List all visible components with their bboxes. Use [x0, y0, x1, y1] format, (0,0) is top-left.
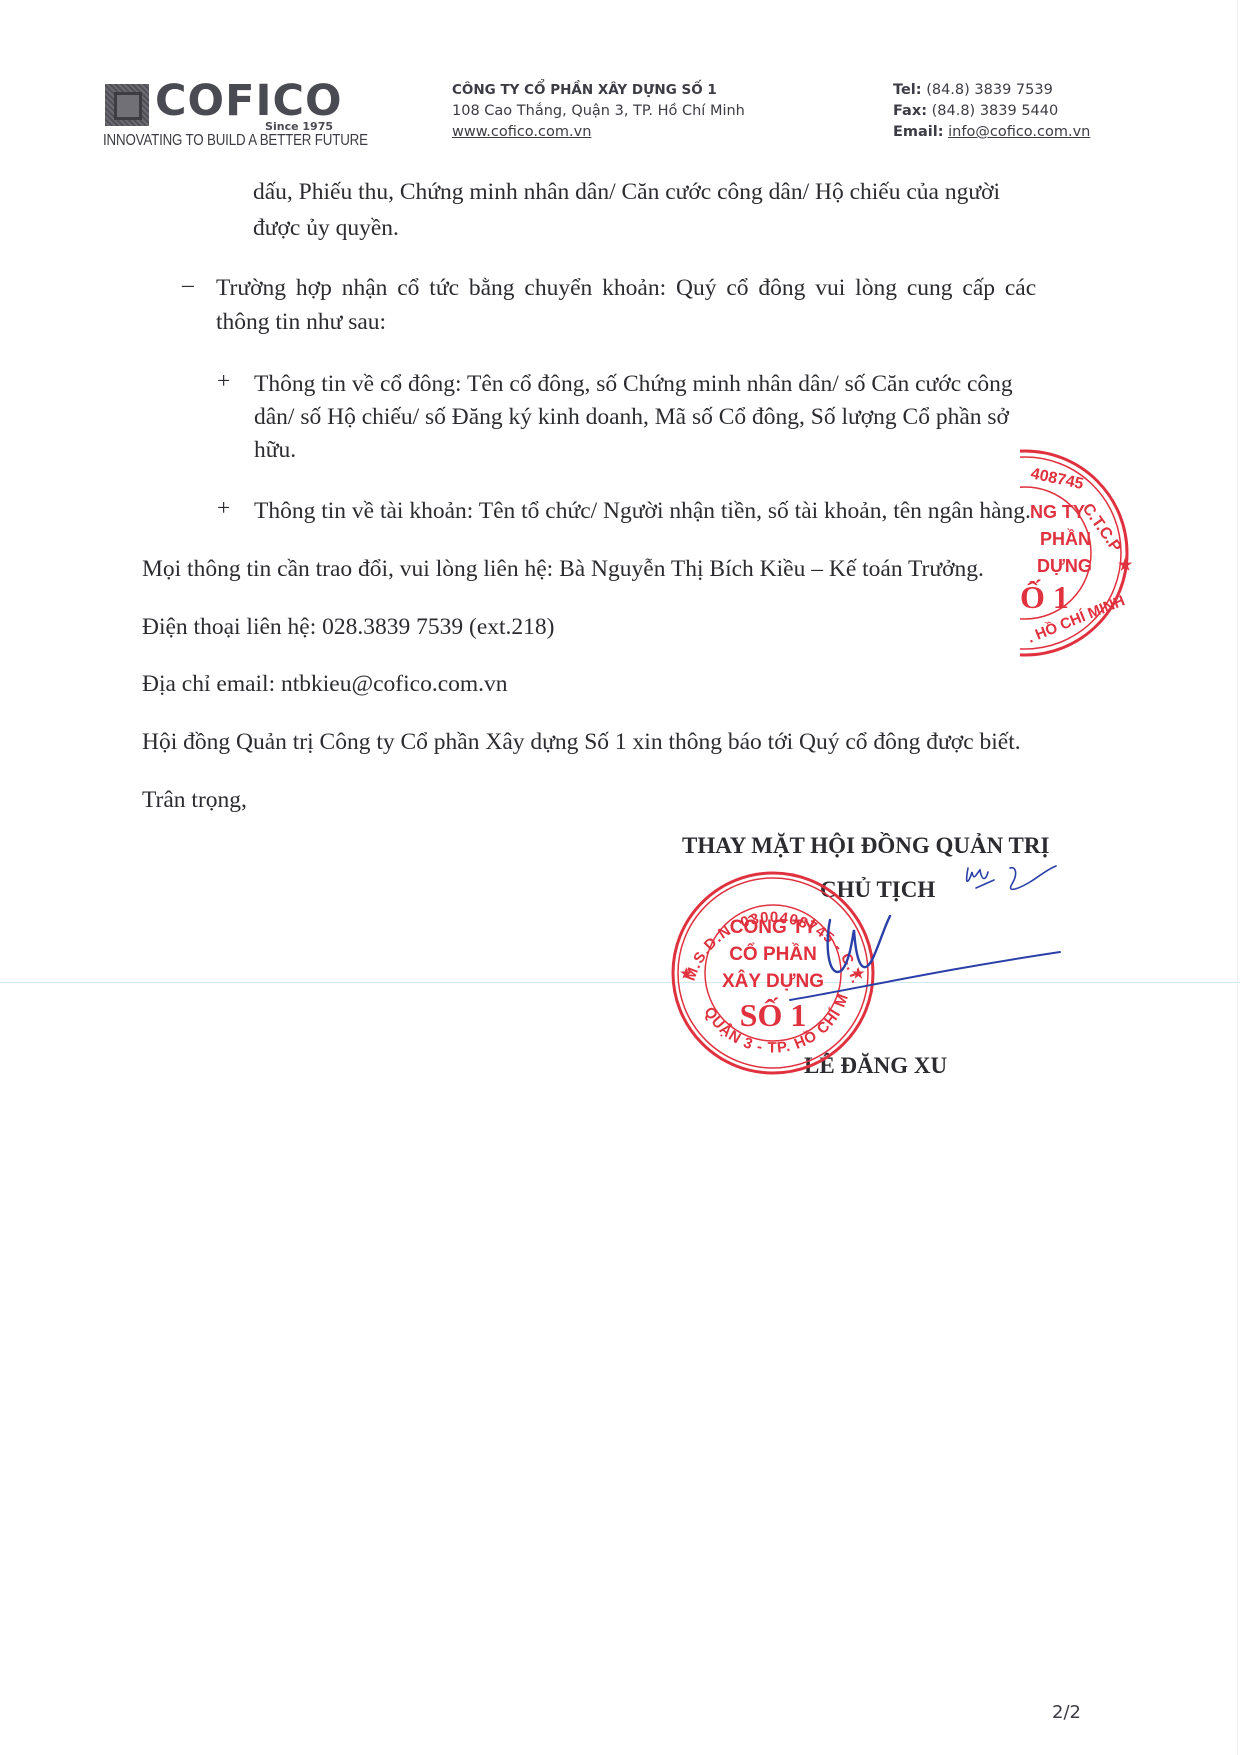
- company-info: CÔNG TY CỔ PHẦN XÂY DỰNG SỐ 1 108 Cao Th…: [452, 80, 745, 143]
- fax-label: Fax:: [893, 103, 927, 119]
- transfer-case-line-2: thông tin như sau:: [216, 306, 386, 339]
- fax-value: (84.8) 3839 5440: [932, 103, 1059, 119]
- margin-stamp-line-1: NG TY: [1030, 502, 1085, 522]
- handwritten-signature: [780, 860, 1080, 1010]
- continuation-line-1: dấu, Phiếu thu, Chứng minh nhân dân/ Căn…: [253, 176, 1000, 209]
- tel-label: Tel:: [893, 82, 922, 98]
- star-icon: ★: [680, 965, 693, 981]
- plus-bullet: +: [217, 495, 230, 522]
- logo-tagline: INNOVATING TO BUILD A BETTER FUTURE: [103, 132, 368, 150]
- transfer-case-line-1: Trường hợp nhận cổ tức bằng chuyển khoản…: [216, 272, 1036, 305]
- account-info-line: Thông tin về tài khoản: Tên tổ chức/ Ngư…: [254, 495, 1031, 528]
- margin-stamp-line-2: PHẦN: [1040, 528, 1091, 549]
- page-edge: [1237, 0, 1238, 1755]
- tel-value: (84.8) 3839 7539: [926, 82, 1053, 98]
- shareholder-info-line-3: hữu.: [254, 434, 296, 467]
- star-icon: ★: [1118, 557, 1133, 574]
- page-number: 2/2: [1052, 1702, 1081, 1723]
- on-behalf-title: THAY MẶT HỘI ĐỒNG QUẢN TRỊ: [682, 833, 1049, 859]
- phone-line: Điện thoại liên hệ: 028.3839 7539 (ext.2…: [142, 611, 554, 644]
- margin-stamp-line-3: DỰNG: [1037, 556, 1092, 576]
- email-link[interactable]: info@cofico.com.vn: [948, 124, 1090, 140]
- company-address: 108 Cao Thắng, Quận 3, TP. Hồ Chí Minh: [452, 101, 745, 122]
- shareholder-info-line-1: Thông tin về cổ đông: Tên cổ đông, số Ch…: [254, 368, 1013, 401]
- margin-stamp: 408745 C.T.C.P NG TY PHẦN DỰNG Ố 1 . HỒ …: [990, 448, 1150, 688]
- contact-person-line: Mọi thông tin cần trao đổi, vui lòng liê…: [142, 553, 984, 586]
- email-line: Địa chỉ email: ntbkieu@cofico.com.vn: [142, 668, 508, 701]
- company-website-link[interactable]: www.cofico.com.vn: [452, 124, 591, 140]
- email-label: Email:: [893, 124, 944, 140]
- company-name: CÔNG TY CỔ PHẦN XÂY DỰNG SỐ 1: [452, 80, 745, 101]
- logo-mark-icon: [105, 84, 149, 126]
- company-logo: COFICO Since 1975 INNOVATING TO BUILD A …: [105, 80, 335, 150]
- margin-stamp-line-4: Ố 1: [1020, 579, 1069, 615]
- closing-line: Trân trọng,: [142, 784, 247, 817]
- dash-bullet: –: [182, 272, 194, 299]
- logo-name: COFICO: [155, 76, 343, 126]
- plus-bullet: +: [217, 368, 230, 395]
- continuation-line-2: được ủy quyền.: [253, 212, 399, 245]
- notice-line: Hội đồng Quản trị Công ty Cổ phần Xây dự…: [142, 726, 1021, 759]
- shareholder-info-line-2: dân/ số Hộ chiếu/ số Đăng ký kinh doanh,…: [254, 401, 1009, 434]
- contact-info: Tel: (84.8) 3839 7539 Fax: (84.8) 3839 5…: [893, 80, 1090, 143]
